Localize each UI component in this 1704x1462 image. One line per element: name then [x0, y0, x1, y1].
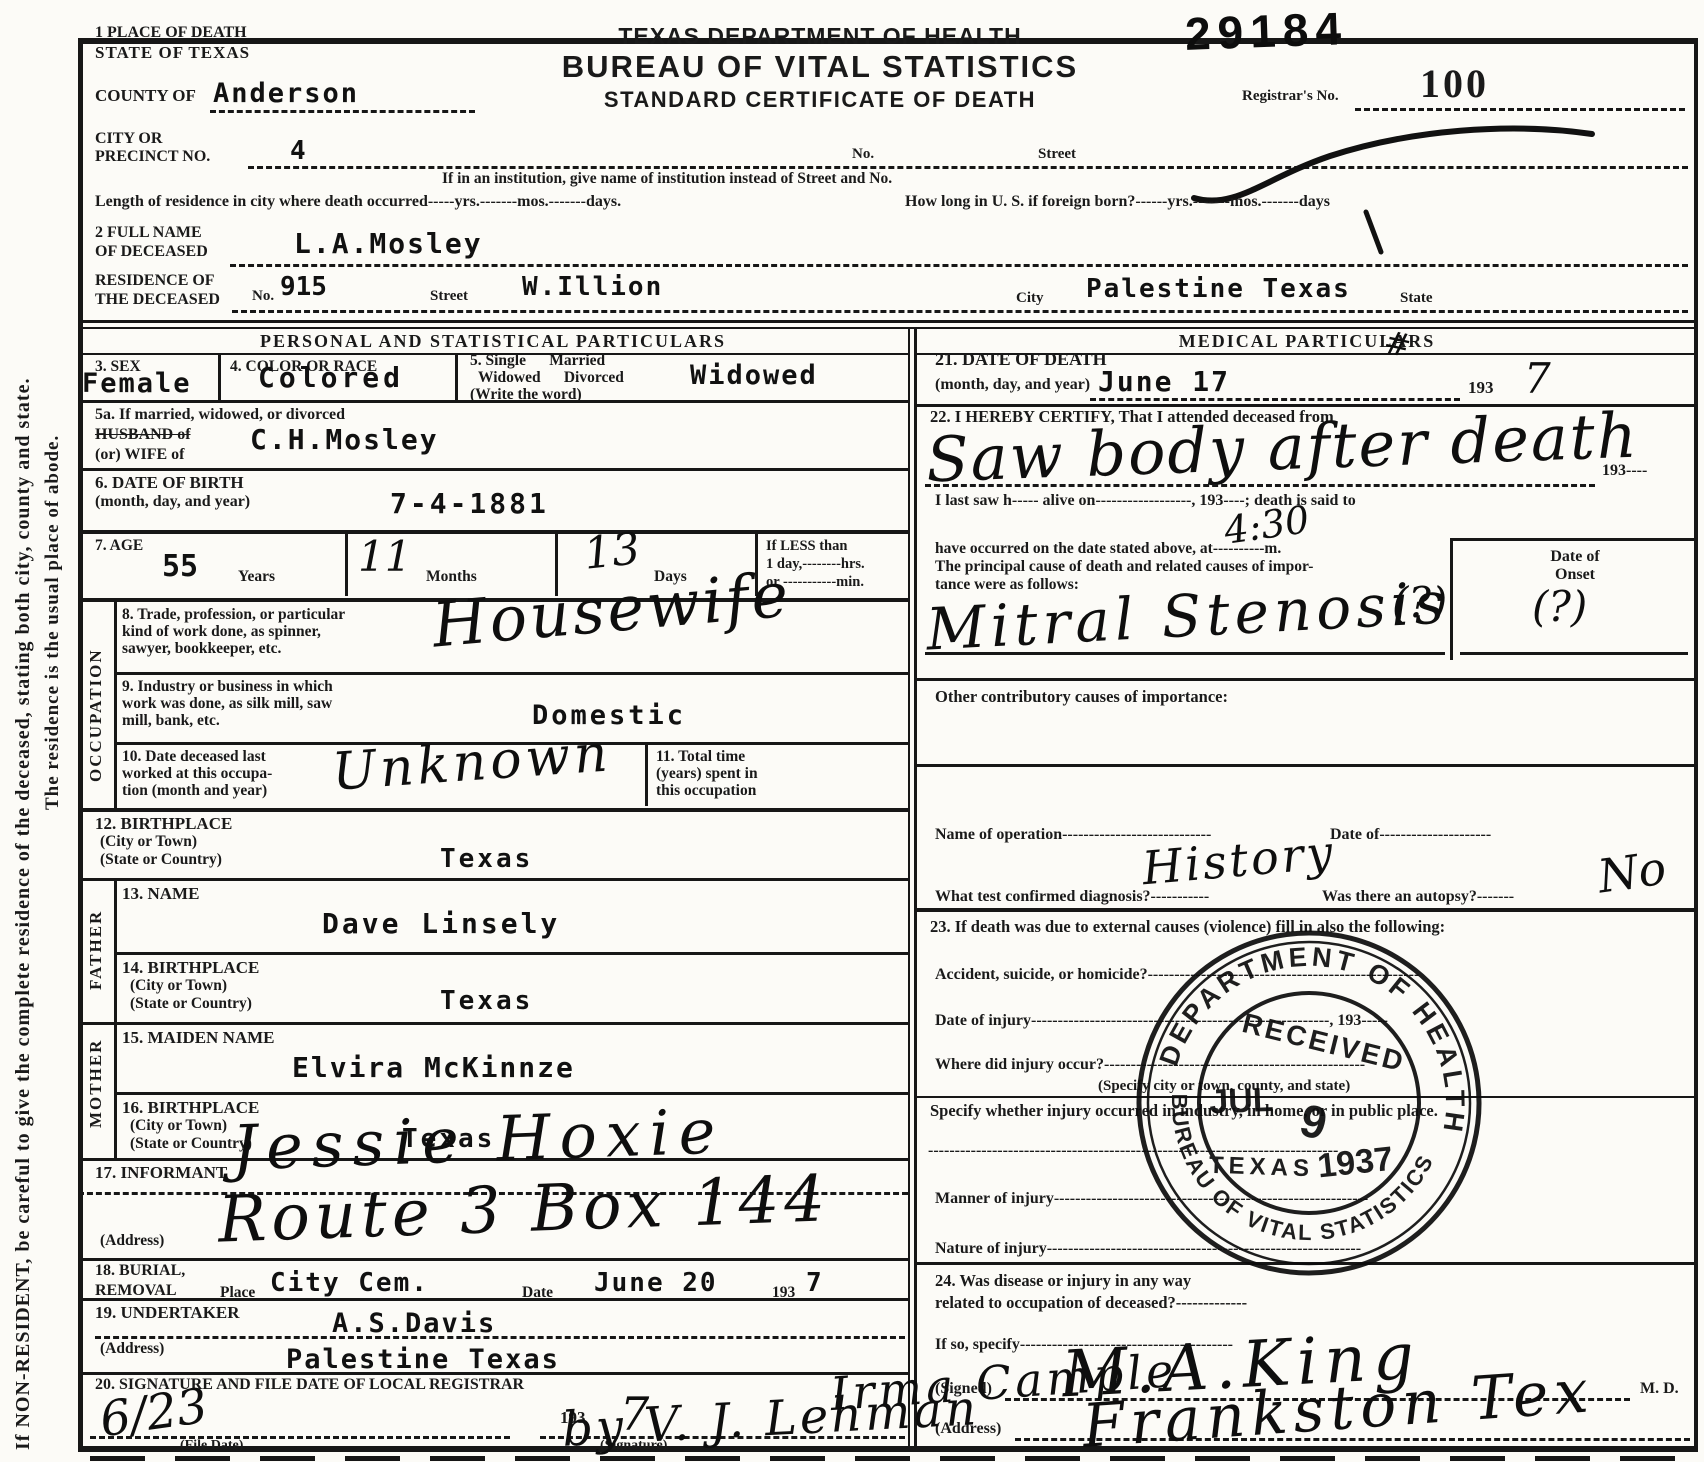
fullname-line — [230, 264, 1688, 267]
personal-section-title: PERSONAL AND STATISTICAL PARTICULARS — [78, 331, 908, 351]
totaltime-label-line1: 11. Total time — [656, 748, 745, 765]
margin-note-line1: If NON-RESIDENT, be careful to give the … — [12, 378, 34, 1450]
undertaker-address-label: (Address) — [100, 1340, 164, 1357]
father-birthplace-label: 14. BIRTHPLACE — [122, 958, 259, 977]
date-of-death-value: June 17 — [1098, 368, 1230, 396]
undertaker-label: 19. UNDERTAKER — [95, 1303, 240, 1322]
dob-label: 6. DATE OF BIRTH — [95, 473, 244, 492]
rule-under-father-block — [78, 1022, 908, 1025]
title-bureau: BUREAU OF VITAL STATISTICS — [540, 50, 1100, 85]
lastworked-label-line2: worked at this occupa- — [122, 765, 272, 782]
totaltime-label-line2: (years) spent in — [656, 765, 758, 782]
rule-under-father-name — [114, 952, 908, 955]
registrar-no-line — [1355, 108, 1685, 111]
father-name-label: 13. NAME — [122, 884, 199, 903]
title-certificate: STANDARD CERTIFICATE OF DEATH — [560, 88, 1080, 113]
res-street-label: Street — [430, 288, 468, 305]
informant-address-value: Route 3 Box 144 — [217, 1171, 831, 1250]
race-marital-divider — [455, 355, 458, 400]
rule-under-contributory — [917, 764, 1698, 767]
lastworked-totaltime-divider — [645, 744, 648, 806]
res-no-value: 915 — [280, 274, 327, 300]
precinct-value: 4 — [290, 138, 306, 164]
burial-place-value: City Cem. — [270, 1270, 429, 1296]
header-divider-2 — [78, 327, 1698, 329]
svg-text:1937: 1937 — [1316, 1140, 1395, 1186]
mother-name-label: 15. MAIDEN NAME — [122, 1028, 275, 1047]
rule-cause-section-end — [917, 678, 1698, 681]
md-label: M. D. — [1640, 1380, 1679, 1398]
death-certificate-document: If NON-RESIDENT, be careful to give the … — [0, 0, 1704, 1462]
birthplace-sub2: (State or Country) — [100, 851, 222, 868]
age-less-label1: If LESS than — [766, 538, 847, 554]
rule-under-5a — [78, 468, 908, 471]
county-line — [210, 110, 475, 113]
age-div1 — [345, 534, 348, 596]
related-occupation-label2: related to occupation of deceased?------… — [935, 1294, 1247, 1312]
street-no-label: No. — [852, 146, 874, 163]
border-left — [78, 38, 83, 1450]
fullname-value: L.A.Mosley — [294, 230, 483, 258]
mother-name-value: Elvira McKinnze — [292, 1054, 575, 1082]
hash-scribble: # — [1381, 328, 1413, 362]
svg-text:RECEIVED: RECEIVED — [1239, 1007, 1409, 1078]
institution-note: If in an institution, give name of insti… — [442, 170, 892, 187]
father-name-value: Dave Linsely — [322, 910, 560, 938]
svg-text:JUL: JUL — [1209, 1081, 1275, 1121]
age-months-value: 11 — [358, 538, 411, 576]
rule-under-undertaker-address — [78, 1372, 908, 1375]
rule-under-dob — [78, 530, 908, 534]
marital-value: Widowed — [690, 362, 818, 389]
age-months-label: Months — [426, 568, 477, 585]
burial-label: 18. BURIAL, — [95, 1262, 185, 1280]
trade-label-line3: sawyer, bookkeeper, etc. — [122, 640, 281, 657]
certificate-number: 29184 — [1184, 1, 1349, 61]
city-or-label: CITY OR — [95, 130, 162, 148]
file-date-value: 6/23 — [98, 1385, 211, 1443]
rule-under-birthplace — [78, 878, 908, 881]
date-of-death-label: 21. DATE OF DEATH — [935, 349, 1107, 369]
birthplace-label: 12. BIRTHPLACE — [95, 814, 232, 833]
precinct-label: PRECINCT NO. — [95, 148, 210, 166]
occurred-label: have occurred on the date stated above, … — [935, 540, 1281, 557]
operation-date-label: Date of--------------------- — [1330, 826, 1491, 844]
fullname-label2: OF DECEASED — [95, 243, 208, 261]
race-value: Colored — [258, 364, 404, 392]
undertaker-address-value: Palestine Texas — [286, 1346, 560, 1373]
father-birthplace-sub2: (State or Country) — [130, 995, 252, 1012]
autopsy-label: Was there an autopsy?------- — [1322, 888, 1514, 906]
svg-text:TEXAS: TEXAS — [1209, 1152, 1315, 1183]
marital-options-line1: 5. Single Married — [470, 352, 605, 369]
border-bottom — [78, 1446, 1698, 1452]
trade-label-line2: kind of work done, as spinner, — [122, 623, 321, 640]
column-divider-1 — [908, 327, 910, 1447]
dash-dod — [1090, 398, 1460, 401]
mother-side-label: MOTHER — [86, 1039, 105, 1128]
res-no-label: No. — [252, 288, 274, 305]
test-value: History — [1141, 832, 1337, 890]
marital-options-line2: Widowed Divorced — [478, 369, 624, 386]
residence-label2: THE DECEASED — [95, 291, 220, 309]
spouse-value: C.H.Mosley — [250, 426, 439, 454]
age-years-label: Years — [238, 568, 275, 585]
burial-date-value: June 20 — [594, 1270, 718, 1296]
husband-of-label: HUSBAND of — [95, 426, 191, 444]
residence-length-label: Length of residence in city where death … — [95, 193, 621, 211]
rule-under-occupation-block — [78, 808, 908, 812]
lastworked-label-line3: tion (month and year) — [122, 782, 267, 799]
title-department: TEXAS DEPARTMENT OF HEALTH — [570, 24, 1070, 50]
registrar-no-label: Registrar's No. — [1242, 88, 1339, 105]
rule-under-burial — [78, 1298, 908, 1301]
father-mother-inner-rule — [114, 881, 117, 1158]
spouse-note-label: 5a. If married, widowed, or divorced — [95, 406, 345, 424]
father-side-label: FATHER — [86, 910, 105, 990]
informant-value: Jessie Hoxie — [231, 1103, 725, 1176]
rule-under-informant-address — [78, 1258, 908, 1261]
dod-year-prefix: 193 — [1468, 378, 1494, 397]
father-birthplace-sub1: (City or Town) — [130, 977, 227, 994]
age-days-value: 13 — [582, 529, 642, 574]
res-state-label: State — [1400, 290, 1433, 307]
autopsy-value: No — [1595, 847, 1668, 897]
place-of-death-label: 1 PLACE OF DEATH — [95, 24, 247, 42]
mother-birthplace-sub1: (City or Town) — [130, 1117, 227, 1134]
occupation-inner-rule — [114, 602, 117, 808]
undertaker-value: A.S.Davis — [332, 1310, 496, 1337]
birthplace-sub1: (City or Town) — [100, 833, 197, 850]
principal-cause-label1: The principal cause of death and related… — [935, 558, 1313, 575]
industry-label-line1: 9. Industry or business in which — [122, 678, 333, 695]
header-divider-1 — [78, 320, 1698, 323]
rule-under-mother-name — [114, 1092, 908, 1095]
informant-label: 17. INFORMANT — [95, 1163, 227, 1182]
trade-value: Housewife — [430, 566, 793, 653]
fullname-label1: 2 FULL NAME — [95, 224, 202, 242]
dod-year-suffix: 7 — [1524, 360, 1551, 398]
dob-value: 7-4-1881 — [390, 490, 549, 518]
dash-certify — [925, 484, 1595, 487]
state-of-texas-label: STATE OF TEXAS — [95, 43, 250, 62]
father-birthplace-value: Texas — [440, 988, 533, 1014]
border-right — [1694, 38, 1698, 1450]
lastworked-value: Unknown — [331, 730, 613, 796]
wife-of-label: (or) WIFE of — [95, 446, 184, 464]
lastworked-label-line1: 10. Date deceased last — [122, 748, 266, 765]
res-city-value: Palestine Texas — [1086, 276, 1351, 302]
occupation-side-label: OCCUPATION — [86, 648, 105, 782]
onset-box-left-rule — [1450, 538, 1453, 660]
sex-value: Female — [82, 370, 192, 397]
certify-year: 193---- — [1602, 462, 1647, 480]
svg-text:9: 9 — [1295, 1093, 1332, 1150]
burial-year-suffix: 7 — [806, 1270, 822, 1296]
res-street-value: W.Illion — [522, 274, 663, 300]
foreign-born-label: How long in U. S. if foreign born?------… — [905, 193, 1330, 211]
onset-label-line1: Date of — [1460, 548, 1690, 566]
trade-label-line1: 8. Trade, profession, or particular — [122, 606, 345, 623]
onset-box-top-rule — [1450, 538, 1698, 541]
birthplace-value: Texas — [440, 846, 533, 872]
industry-label-line3: mill, bank, etc. — [122, 712, 220, 729]
scan-noise-strip — [90, 1456, 1700, 1461]
rule-under-test — [917, 908, 1698, 912]
contributory-label: Other contributory causes of importance: — [935, 688, 1228, 706]
rule-under-onset — [1460, 652, 1688, 655]
dash-under-undertaker — [95, 1336, 905, 1339]
onset-query-mark: (?) — [1532, 588, 1587, 626]
age-years-value: 55 — [162, 552, 198, 582]
rule-under-trade — [114, 672, 908, 675]
county-label: COUNTY OF — [95, 86, 196, 105]
dob-sublabel: (month, day, and year) — [95, 493, 250, 511]
totaltime-label-line3: this occupation — [656, 782, 756, 799]
certify-value: Saw body after death — [925, 408, 1639, 489]
rule-under-row3 — [78, 400, 908, 403]
registrar-no-value: 100 — [1420, 62, 1489, 107]
date-of-death-sublabel: (month, day, and year) — [935, 376, 1090, 394]
received-stamp: DEPARTMENT OF HEALTH BUREAU OF VITAL STA… — [1128, 922, 1490, 1284]
dash-file-date — [90, 1436, 510, 1439]
informant-address-label: (Address) — [100, 1232, 164, 1249]
street-label: Street — [1038, 146, 1076, 163]
file-date-sublabel: (File Date) — [180, 1438, 243, 1454]
column-divider-2 — [914, 327, 917, 1447]
res-city-label: City — [1016, 290, 1044, 307]
sex-race-divider — [218, 355, 221, 400]
margin-note-line2: The residence is the usual place of abod… — [42, 435, 63, 810]
industry-label-line2: work was done, as silk mill, saw — [122, 695, 332, 712]
residence-line — [232, 310, 1688, 313]
age-label: 7. AGE — [95, 537, 143, 554]
residence-label1: RESIDENCE OF — [95, 272, 215, 290]
county-value: Anderson — [213, 80, 359, 107]
